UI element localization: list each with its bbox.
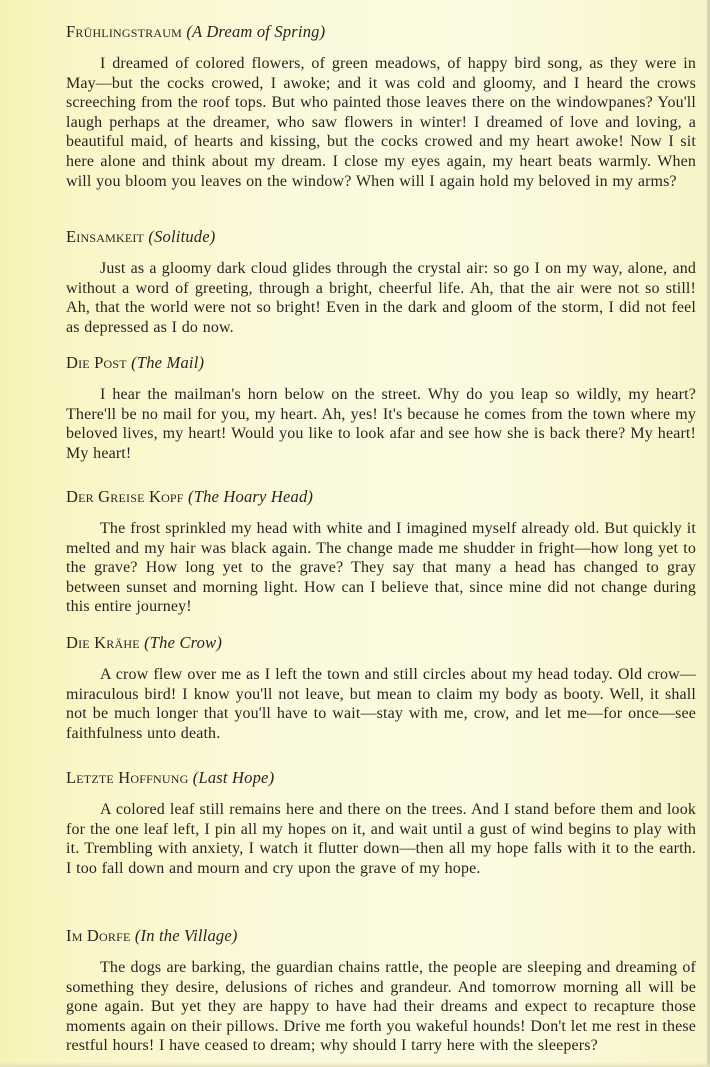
german-title: Letzte Hoffnung (66, 768, 188, 787)
section-letzte-hoffnung: Letzte Hoffnung (Last Hope) A colored le… (66, 768, 696, 878)
english-title: (Last Hope) (193, 768, 275, 787)
section-im-dorfe: Im Dorfe (In the Village) The dogs are b… (66, 926, 696, 1056)
section-einsamkeit: Einsamkeit (Solitude) Just as a gloomy d… (66, 227, 696, 337)
english-title: (The Mail) (131, 353, 204, 372)
section-text: The frost sprinkled my head with white a… (66, 519, 696, 617)
section-heading: Die Krähe (The Crow) (66, 633, 696, 653)
section-heading: Im Dorfe (In the Village) (66, 926, 696, 946)
german-title: Frühlingstraum (66, 22, 182, 41)
german-title: Einsamkeit (66, 227, 144, 246)
section-text: A crow flew over me as I left the town a… (66, 665, 696, 743)
section-fruehlingstraum: Frühlingstraum (A Dream of Spring) I dre… (66, 22, 696, 191)
german-title: Im Dorfe (66, 926, 130, 945)
section-text: Just as a gloomy dark cloud glides throu… (66, 259, 696, 337)
section-heading: Der Greise Kopf (The Hoary Head) (66, 487, 696, 507)
section-text: A colored leaf still remains here and th… (66, 800, 696, 878)
page-edge-bottom (0, 1062, 710, 1067)
section-heading: Die Post (The Mail) (66, 353, 696, 373)
english-title: (A Dream of Spring) (186, 22, 325, 41)
section-heading: Frühlingstraum (A Dream of Spring) (66, 22, 696, 42)
section-heading: Letzte Hoffnung (Last Hope) (66, 768, 696, 788)
section-die-kraehe: Die Krähe (The Crow) A crow flew over me… (66, 633, 696, 743)
section-der-greise-kopf: Der Greise Kopf (The Hoary Head) The fro… (66, 487, 696, 617)
german-title: Die Post (66, 353, 127, 372)
english-title: (In the Village) (135, 926, 238, 945)
german-title: Der Greise Kopf (66, 487, 184, 506)
section-text: I dreamed of colored flowers, of green m… (66, 54, 696, 191)
english-title: (Solitude) (148, 227, 215, 246)
german-title: Die Krähe (66, 633, 140, 652)
section-text: The dogs are barking, the guardian chain… (66, 958, 696, 1056)
english-title: (The Crow) (144, 633, 222, 652)
english-title: (The Hoary Head) (188, 487, 313, 506)
section-heading: Einsamkeit (Solitude) (66, 227, 696, 247)
section-die-post: Die Post (The Mail) I hear the mailman's… (66, 353, 696, 463)
section-text: I hear the mailman's horn below on the s… (66, 385, 696, 463)
